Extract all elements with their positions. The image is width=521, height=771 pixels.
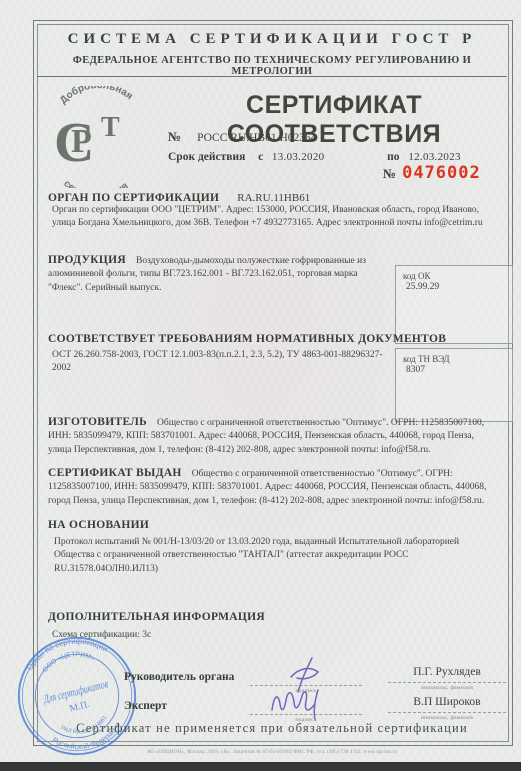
system-title: СИСТЕМА СЕРТИФИКАЦИИ ГОСТ Р	[37, 31, 507, 48]
expert-signature-line	[250, 714, 362, 715]
head-signature-line	[250, 685, 362, 686]
validity-label: Срок действия	[168, 151, 245, 163]
certificate-sheet: СИСТЕМА СЕРТИФИКАЦИИ ГОСТ Р ФЕДЕРАЛЬНОЕ …	[0, 0, 521, 771]
manufacturer-title: ИЗГОТОВИТЕЛЬ	[48, 416, 147, 428]
certificate-number-line: №РОСС RU.НВ61.Н02364	[168, 129, 317, 145]
validity-from-date: 13.03.2020	[272, 151, 325, 163]
compliance-body: ОСТ 26.260.758-2003, ГОСТ 12.1.003-83(п.…	[52, 349, 392, 376]
basis-body: Протокол испытаний № 001/Н-13/03/20 от 1…	[54, 536, 494, 576]
validity-line: Срок действия с 13.03.2020 по 12.03.2023	[168, 151, 469, 163]
logo-top-arc-text: Добровольная	[58, 86, 135, 106]
organ-title: ОРГАН ПО СЕРТИФИКАЦИИ	[48, 192, 219, 204]
svg-text:Добровольная: Добровольная	[58, 86, 135, 106]
validity-from-label: с	[258, 151, 263, 163]
disclaimer-text: Сертификат не применяется при обязательн…	[37, 721, 507, 736]
blank-number-line: №0476002	[383, 163, 481, 183]
product-title: ПРОДУКЦИЯ	[48, 254, 126, 266]
validity-to-label: по	[387, 151, 399, 163]
section-issued: СЕРТИФИКАТ ВЫДАНОбщество с ограниченной …	[48, 465, 498, 508]
issued-title: СЕРТИФИКАТ ВЫДАН	[48, 467, 182, 479]
rst-certification-mark-icon: Добровольная сертификация С Р Т	[38, 86, 156, 188]
certificate-number: РОСС RU.НВ61.Н02364	[197, 132, 316, 144]
code-ok-value: 25.99.29	[396, 281, 512, 292]
additional-title: ДОПОЛНИТЕЛЬНАЯ ИНФОРМАЦИЯ	[48, 611, 265, 623]
certificate-number-label: №	[168, 129, 181, 144]
svg-text:сертификация: сертификация	[61, 178, 130, 188]
validity-to-date: 12.03.2023	[408, 151, 461, 163]
head-role-label: Руководитель органа	[124, 671, 234, 683]
blank-number: 0476002	[402, 163, 481, 183]
expert-name: В.П Широков	[388, 696, 506, 708]
expert-role-label: Эксперт	[124, 700, 167, 712]
section-manufacturer: ИЗГОТОВИТЕЛЬОбщество с ограниченной отве…	[48, 414, 498, 457]
organ-body: Орган по сертификации ООО "ЦЕТРИМ". Адре…	[52, 204, 494, 231]
code-tnved-label: код ТН ВЭД	[396, 349, 512, 364]
head-name-line	[388, 682, 506, 683]
code-tnved-box: код ТН ВЭД 8307	[395, 348, 513, 422]
logo-letter-t: Т	[101, 112, 120, 143]
head-sign-caption: подпись	[250, 688, 362, 694]
logo-bottom-arc-text: сертификация	[61, 178, 130, 188]
code-ok-label: код ОК	[396, 266, 512, 281]
organ-code: RA.RU.11НВ61	[237, 192, 310, 204]
expert-name-line	[388, 712, 506, 713]
agency-title: ФЕДЕРАЛЬНОЕ АГЕНТСТВО ПО ТЕХНИЧЕСКОМУ РЕ…	[37, 55, 507, 77]
stamp-mp-text: М.П.	[68, 699, 91, 715]
printing-house-info: АО «ОПЦИОН», Москва, 2019, «В». Лицензия…	[33, 750, 511, 755]
section-product: ПРОДУКЦИЯВоздуховоды-дымоходы полужестки…	[48, 252, 394, 295]
blank-number-label: №	[383, 166, 396, 181]
head-name: П.Г. Рухлядев	[388, 666, 506, 678]
header-divider	[37, 76, 507, 77]
compliance-title: СООТВЕТСТВУЕТ ТРЕБОВАНИЯМ НОРМАТИВНЫХ ДО…	[48, 333, 446, 345]
basis-title: НА ОСНОВАНИИ	[48, 519, 149, 531]
scan-edge-strip	[0, 762, 521, 771]
logo-letter-r: Р	[71, 123, 92, 160]
code-tnved-value: 8307	[396, 364, 512, 375]
head-name-caption: инициалы, фамилия	[388, 685, 506, 691]
